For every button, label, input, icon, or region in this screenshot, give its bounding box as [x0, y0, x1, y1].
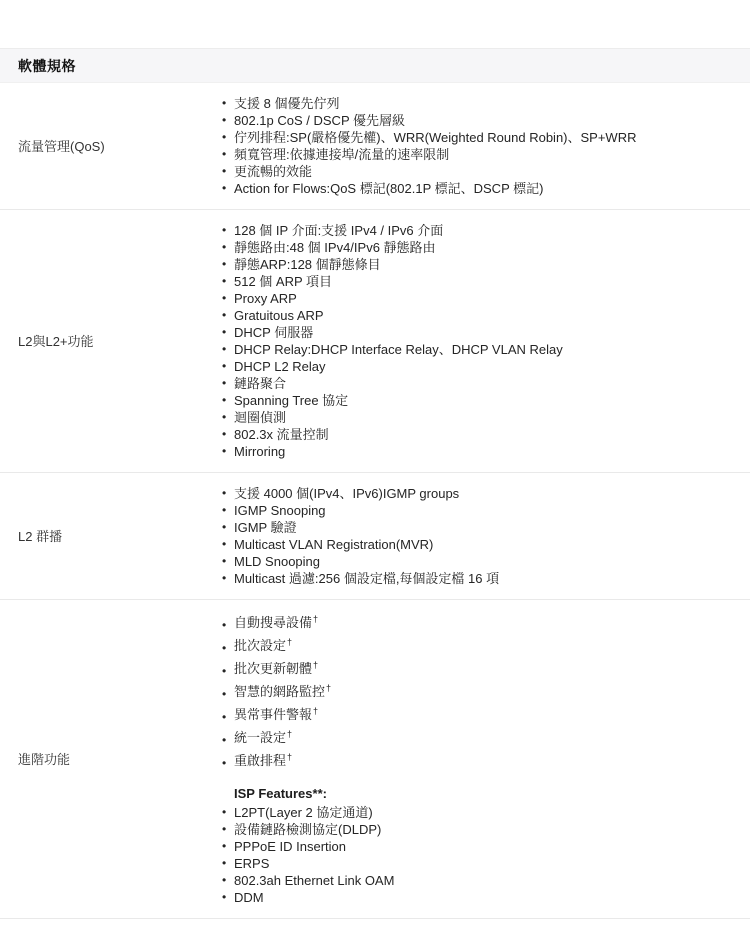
- spec-item: DHCP Relay:DHCP Interface Relay、DHCP VLA…: [222, 341, 736, 358]
- spec-list: 128 個 IP 介面:支援 IPv4 / IPv6 介面靜態路由:48 個 I…: [222, 222, 736, 460]
- spec-item: Mirroring: [222, 443, 736, 460]
- spec-item: 802.1p CoS / DSCP 優先層級: [222, 112, 736, 129]
- row-label: L2 群播: [0, 528, 222, 545]
- dagger-footnote-mark: †: [287, 729, 292, 739]
- row-content: 自動搜尋設備†批次設定†批次更新韌體†智慧的網路監控†異常事件警報†統一設定†重…: [222, 612, 750, 906]
- spec-item: IGMP Snooping: [222, 502, 736, 519]
- row-content: 支援 4000 個(IPv4、IPv6)IGMP groupsIGMP Snoo…: [222, 485, 750, 587]
- dagger-footnote-mark: †: [287, 637, 292, 647]
- spec-item: DHCP L2 Relay: [222, 358, 736, 375]
- spec-item: Action for Flows:QoS 標記(802.1P 標記、DSCP 標…: [222, 180, 736, 197]
- row-label: 流量管理(QoS): [0, 138, 222, 155]
- spec-item: Multicast 過濾:256 個設定檔,每個設定檔 16 項: [222, 570, 736, 587]
- spec-item: 設備鏈路檢測協定(DLDP): [222, 821, 736, 838]
- spec-row: L2與L2+功能128 個 IP 介面:支援 IPv4 / IPv6 介面靜態路…: [0, 210, 750, 473]
- dagger-footnote-mark: †: [313, 706, 318, 716]
- spec-item: MLD Snooping: [222, 553, 736, 570]
- spec-item: 802.3x 流量控制: [222, 426, 736, 443]
- spec-item: 802.3ah Ethernet Link OAM: [222, 872, 736, 889]
- dagger-footnote-mark: †: [326, 683, 331, 693]
- spec-item: 自動搜尋設備†: [222, 612, 736, 635]
- spec-item: 異常事件警報†: [222, 704, 736, 727]
- spec-item: 迴圈偵測: [222, 409, 736, 426]
- spec-item: 支援 4000 個(IPv4、IPv6)IGMP groups: [222, 485, 736, 502]
- product-spec-page: 軟體規格 流量管理(QoS)支援 8 個優先佇列802.1p CoS / DSC…: [0, 48, 750, 919]
- spec-item: 128 個 IP 介面:支援 IPv4 / IPv6 介面: [222, 222, 736, 239]
- spec-item: 重啟排程†: [222, 750, 736, 773]
- spec-item: 更流暢的效能: [222, 163, 736, 180]
- spec-item: 靜態路由:48 個 IPv4/IPv6 靜態路由: [222, 239, 736, 256]
- spec-item: Gratuitous ARP: [222, 307, 736, 324]
- spec-item: 512 個 ARP 項目: [222, 273, 736, 290]
- spec-item: 智慧的網路監控†: [222, 681, 736, 704]
- spec-item: Proxy ARP: [222, 290, 736, 307]
- section-title: 軟體規格: [18, 56, 76, 76]
- dagger-footnote-mark: †: [287, 752, 292, 762]
- dagger-footnote-mark: †: [313, 614, 318, 624]
- spec-item: 佇列排程:SP(嚴格優先權)、WRR(Weighted Round Robin)…: [222, 129, 736, 146]
- spec-item: ERPS: [222, 855, 736, 872]
- spec-item: 統一設定†: [222, 727, 736, 750]
- group-heading: ISP Features**:: [222, 785, 736, 802]
- spec-item: Multicast VLAN Registration(MVR): [222, 536, 736, 553]
- row-label: L2與L2+功能: [0, 333, 222, 350]
- spec-list: 支援 4000 個(IPv4、IPv6)IGMP groupsIGMP Snoo…: [222, 485, 736, 587]
- spec-item: L2PT(Layer 2 協定通道): [222, 804, 736, 821]
- dagger-footnote-mark: †: [313, 660, 318, 670]
- row-label: 進階功能: [0, 751, 222, 768]
- spec-item: DHCP 伺服器: [222, 324, 736, 341]
- spec-list: 自動搜尋設備†批次設定†批次更新韌體†智慧的網路監控†異常事件警報†統一設定†重…: [222, 612, 736, 773]
- row-content: 128 個 IP 介面:支援 IPv4 / IPv6 介面靜態路由:48 個 I…: [222, 222, 750, 460]
- spec-row: L2 群播支援 4000 個(IPv4、IPv6)IGMP groupsIGMP…: [0, 473, 750, 600]
- spec-item: 鏈路聚合: [222, 375, 736, 392]
- section-header: 軟體規格: [0, 48, 750, 83]
- spec-item: 支援 8 個優先佇列: [222, 95, 736, 112]
- spec-item: Spanning Tree 協定: [222, 392, 736, 409]
- spec-row: 流量管理(QoS)支援 8 個優先佇列802.1p CoS / DSCP 優先層…: [0, 83, 750, 210]
- spec-item: 靜態ARP:128 個靜態條目: [222, 256, 736, 273]
- spec-item: IGMP 驗證: [222, 519, 736, 536]
- spec-item: 頻寬管理:依據連接埠/流量的速率限制: [222, 146, 736, 163]
- spec-item: DDM: [222, 889, 736, 906]
- spec-table: 流量管理(QoS)支援 8 個優先佇列802.1p CoS / DSCP 優先層…: [0, 83, 750, 919]
- row-content: 支援 8 個優先佇列802.1p CoS / DSCP 優先層級佇列排程:SP(…: [222, 95, 750, 197]
- spec-item: 批次更新韌體†: [222, 658, 736, 681]
- spec-item: 批次設定†: [222, 635, 736, 658]
- spec-list: 支援 8 個優先佇列802.1p CoS / DSCP 優先層級佇列排程:SP(…: [222, 95, 736, 197]
- spec-list: L2PT(Layer 2 協定通道)設備鏈路檢測協定(DLDP)PPPoE ID…: [222, 804, 736, 906]
- spec-item: PPPoE ID Insertion: [222, 838, 736, 855]
- spec-row: 進階功能自動搜尋設備†批次設定†批次更新韌體†智慧的網路監控†異常事件警報†統一…: [0, 600, 750, 919]
